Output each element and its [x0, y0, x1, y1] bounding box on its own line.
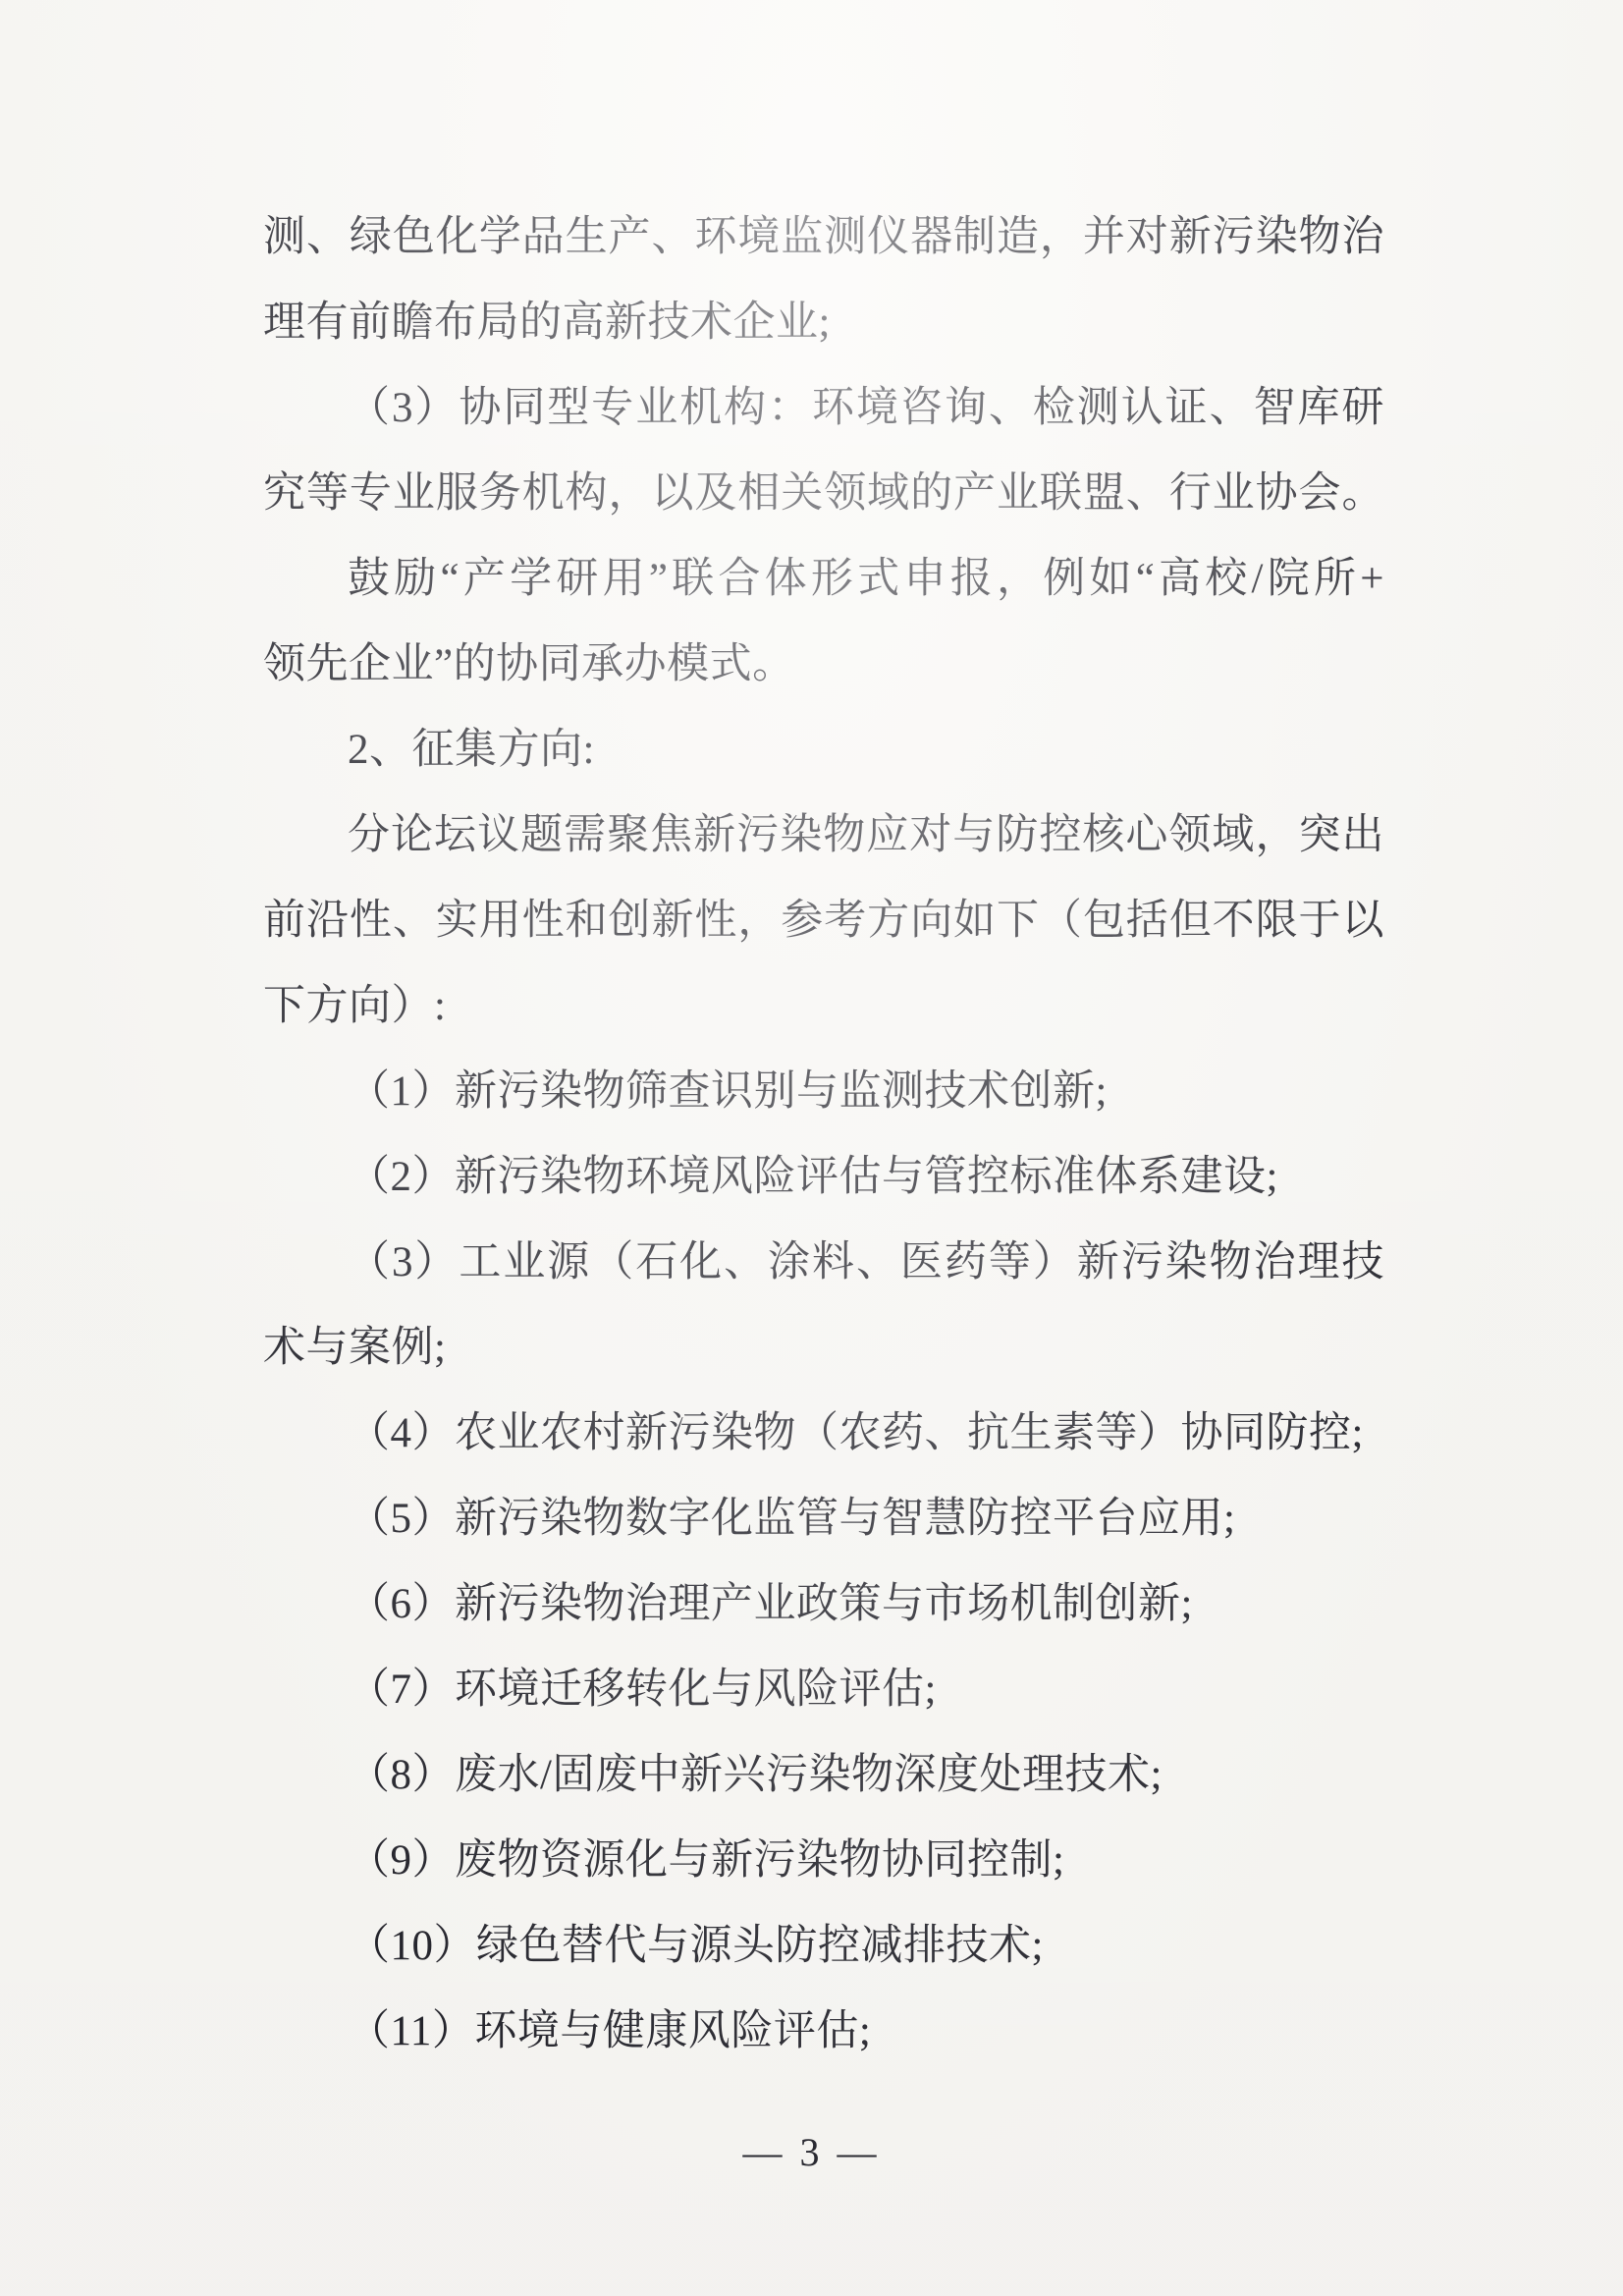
text-line: （4）农业农村新污染物（农药、抗生素等）协同防控;: [263, 1391, 1384, 1476]
document-body: 测、绿色化学品生产、环境监测仪器制造，并对新污染物治理有前瞻布局的高新技术企业;…: [263, 194, 1384, 2074]
text-line: （6）新污染物治理产业政策与市场机制创新;: [263, 1561, 1384, 1647]
text-line: （8）废水/固废中新兴污染物深度处理技术;: [263, 1732, 1384, 1818]
text-line: （1）新污染物筛查识别与监测技术创新;: [263, 1049, 1384, 1134]
text-line: （9）废物资源化与新污染物协同控制;: [263, 1818, 1384, 1903]
page-footer: — 3 —: [0, 2129, 1623, 2175]
text-line: 领先企业”的协同承办模式。: [263, 622, 1384, 707]
text-line: （7）环境迁移转化与风险评估;: [263, 1647, 1384, 1732]
text-line: （3）工业源（石化、涂料、医药等）新污染物治理技: [263, 1220, 1384, 1305]
text-line: 术与案例;: [263, 1305, 1384, 1391]
text-line: 究等专业服务机构，以及相关领域的产业联盟、行业协会。: [263, 451, 1384, 536]
text-line: （10）绿色替代与源头防控减排技术;: [263, 1903, 1384, 1989]
text-line: 测、绿色化学品生产、环境监测仪器制造，并对新污染物治: [263, 194, 1384, 280]
text-line: （2）新污染物环境风险评估与管控标准体系建设;: [263, 1134, 1384, 1220]
text-line: 下方向）:: [263, 963, 1384, 1049]
text-line: 理有前瞻布局的高新技术企业;: [263, 280, 1384, 365]
text-line: 2、征集方向:: [263, 707, 1384, 793]
text-line: 分论坛议题需聚焦新污染物应对与防控核心领域，突出: [263, 793, 1384, 878]
text-line: （5）新污染物数字化监管与智慧防控平台应用;: [263, 1476, 1384, 1561]
page-number: — 3 —: [743, 2130, 881, 2174]
text-line: （3）协同型专业机构：环境咨询、检测认证、智库研: [263, 365, 1384, 451]
text-line: 前沿性、实用性和创新性，参考方向如下（包括但不限于以: [263, 878, 1384, 963]
document-page: 测、绿色化学品生产、环境监测仪器制造，并对新污染物治理有前瞻布局的高新技术企业;…: [0, 0, 1623, 2296]
text-line: （11）环境与健康风险评估;: [263, 1989, 1384, 2074]
text-line: 鼓励“产学研用”联合体形式申报，例如“高校/院所+: [263, 536, 1384, 622]
